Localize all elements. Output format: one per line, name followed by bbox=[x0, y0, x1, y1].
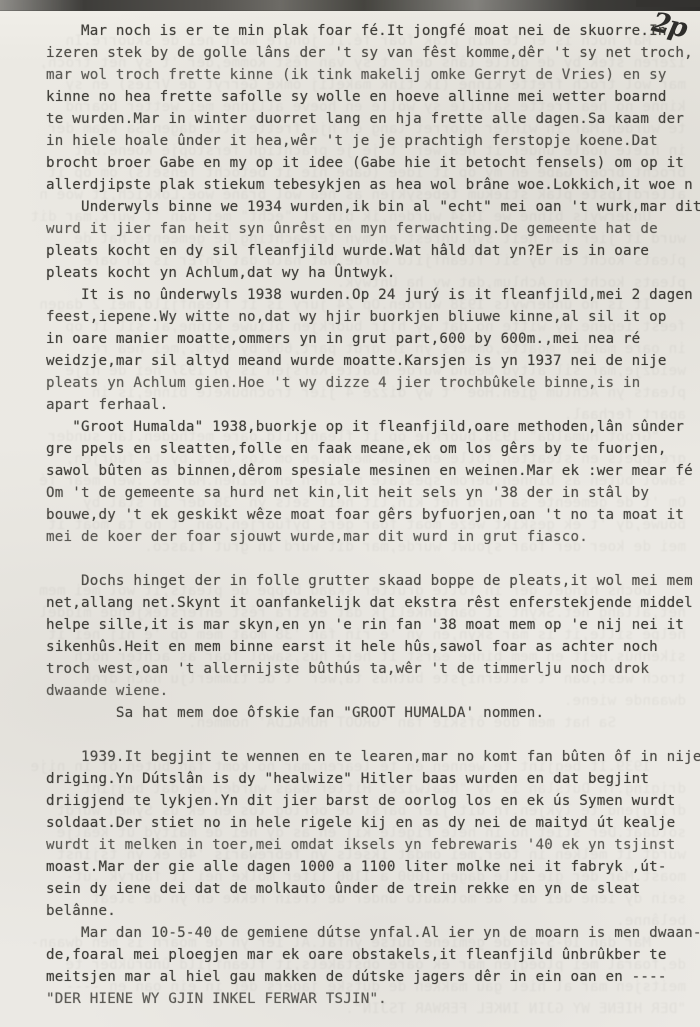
text-line: driigjend te lykjen.Yn dit jier barst de… bbox=[46, 790, 700, 812]
text-line: in hiele hoale ûnder it hea,wêr 't je je… bbox=[46, 130, 700, 152]
text-line: izeren stek by de golle lâns der 't sy v… bbox=[46, 42, 700, 64]
text-line: kinne no hea frette safolle sy wolle en … bbox=[46, 86, 700, 108]
text-line: pleats yn Achlum gien.Hoe 't wy dizze 4 … bbox=[46, 372, 700, 394]
text-line: Om 't de gemeente sa hurd net kin,lit he… bbox=[46, 482, 700, 504]
text-line bbox=[46, 724, 700, 746]
text-line: dwaande wiene. bbox=[46, 680, 700, 702]
text-line: mei de koer der foar sjouwt wurde,mar di… bbox=[46, 526, 700, 548]
text-line: belânne. bbox=[46, 900, 700, 922]
text-line: wurdt it melken in toer,mei omdat iksels… bbox=[46, 834, 700, 856]
scan-edge-artifact bbox=[0, 0, 700, 11]
text-line: "DER HIENE WY GJIN INKEL FERWAR TSJIN". bbox=[46, 988, 700, 1010]
text-line: te wurden.Mar in winter duorret lang en … bbox=[46, 108, 700, 130]
text-line: Underwyls binne we 1934 wurden,ik bin al… bbox=[46, 196, 700, 218]
text-line: Mar dan 10-5-40 de gemiene dútse ynfal.A… bbox=[46, 922, 700, 944]
text-line bbox=[46, 548, 700, 570]
text-line: moast.Mar der gie alle dagen 1000 a 1100… bbox=[46, 856, 700, 878]
text-line: weidzje,mar sil altyd meand wurde moatte… bbox=[46, 350, 700, 372]
text-line: gre ppels en sleatten,folle en faak mean… bbox=[46, 438, 700, 460]
text-line: Sa hat mem doe ôfskie fan "GROOT HUMALDA… bbox=[46, 702, 700, 724]
text-line: "Groot Humalda" 1938,buorkje op it flean… bbox=[46, 416, 700, 438]
text-line: pleats kocht en dy sil fleanfjild wurde.… bbox=[46, 240, 700, 262]
text-line: apart ferhaal. bbox=[46, 394, 700, 416]
text-line: sawol bûten as binnen,dêrom spesiale mes… bbox=[46, 460, 700, 482]
text-line: meitsjen mar al hiel gau makken de dútsk… bbox=[46, 966, 700, 988]
text-line: soldaat.Der stiet no in hele rigele kij … bbox=[46, 812, 700, 834]
typewritten-text: Mar noch is er te min plak foar fé.It jo… bbox=[46, 20, 700, 1010]
text-line: Mar noch is er te min plak foar fé.It jo… bbox=[46, 20, 700, 42]
text-line: driging.Yn Dútslân is dy "healwize" Hitl… bbox=[46, 768, 700, 790]
scan-corner-artifact bbox=[636, 0, 700, 7]
text-line: de,foaral mei ploegjen mar ek oare obsta… bbox=[46, 944, 700, 966]
text-line: pleats kocht yn Achlum,dat wy ha Ûntwyk. bbox=[46, 262, 700, 284]
text-line: allerdjipste plak stiekum tebesykjen as … bbox=[46, 174, 700, 196]
text-line: troch west,oan 't allernijste bûthús ta,… bbox=[46, 658, 700, 680]
text-line: feest,iepene.Wy witte no,dat wy hjir buo… bbox=[46, 306, 700, 328]
text-line: in oare manier moatte,ommers yn in grut … bbox=[46, 328, 700, 350]
text-line: mar wol troch frette kinne (ik tink make… bbox=[46, 64, 700, 86]
text-line: brocht broer Gabe en my op it idee (Gabe… bbox=[46, 152, 700, 174]
text-line: net,allang net.Skynt it oanfankelijk dat… bbox=[46, 592, 700, 614]
text-line: wurd it jier fan heit syn ûnrêst en myn … bbox=[46, 218, 700, 240]
text-line: sikenhûs.Heit en mem binne earst it hele… bbox=[46, 636, 700, 658]
text-line: It is no ûnderwyls 1938 wurden.Op 24 jur… bbox=[46, 284, 700, 306]
text-line: Dochs hinget der in folle grutter skaad … bbox=[46, 570, 700, 592]
text-line: bouwe,dy 't ek geskikt wêze moat foar gê… bbox=[46, 504, 700, 526]
text-line: 1939.It begjint te wennen en te learen,m… bbox=[46, 746, 700, 768]
text-line: sein dy iene dei dat de molkauto ûnder d… bbox=[46, 878, 700, 900]
document-page: Mar noch is er te min plak foar fé.It jo… bbox=[0, 0, 700, 1027]
text-line: helpe sille,it is mar skyn,en yn 'e rin … bbox=[46, 614, 700, 636]
